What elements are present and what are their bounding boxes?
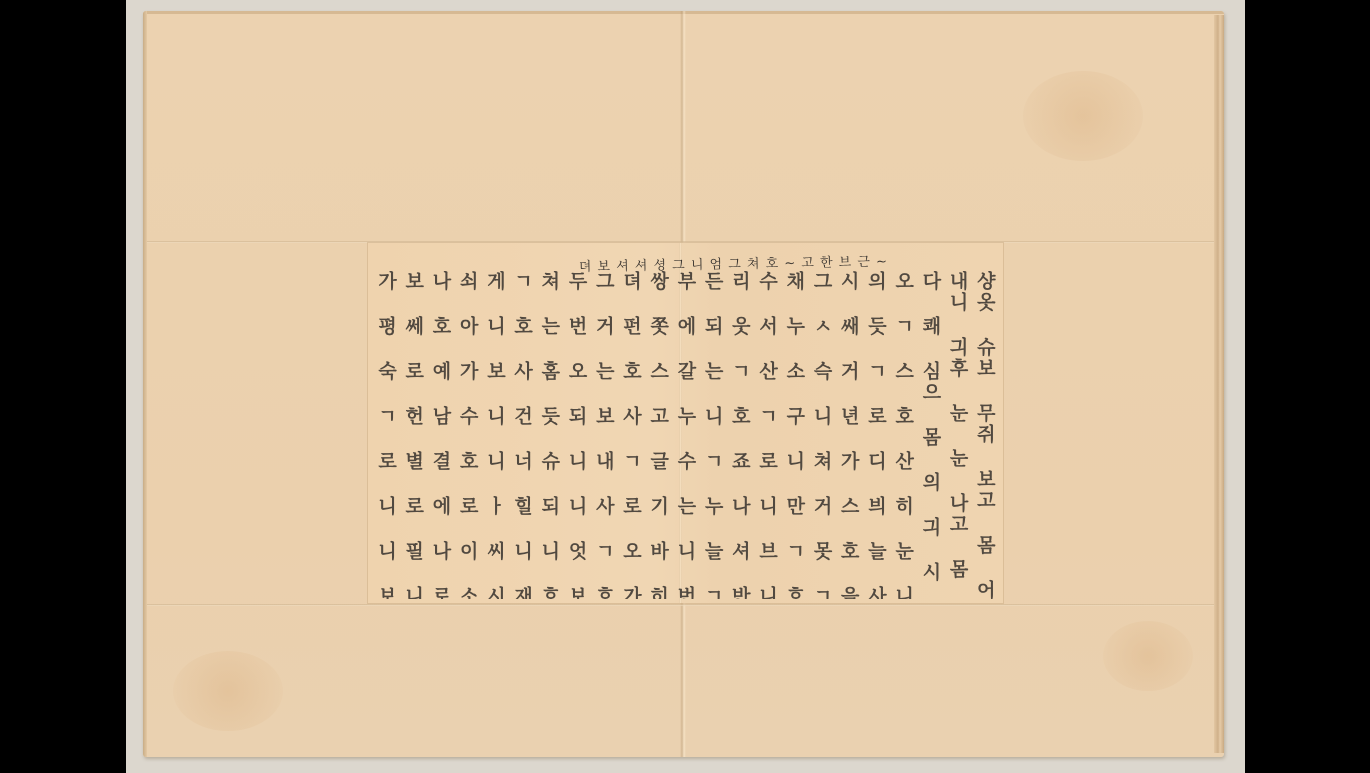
letter-column-4: 오 ㄱ 스 호 산 히 눈 니 님 숨 보 숫 — [891, 271, 915, 599]
letter-column-3: 다 쾌 심으 몸 의 긔 시 심 뵌 쾌 울 — [918, 271, 942, 599]
paper-stain — [173, 651, 283, 731]
letter-column-7: 그 ㅅ 슥 니 쳐 거 못 ㄱ 로 보 누 거 진 브 — [810, 271, 834, 599]
letter-column-20: 쇠 아 가 수 호 로 이 소 기 서 심 니 쳐 — [456, 271, 480, 599]
lower-fold-line — [147, 604, 1214, 606]
letter-column-21: 나 호 예 남 결 에 나 로 쇼 시 수 흔 — [428, 271, 452, 599]
album-left-edge — [143, 11, 147, 757]
letter-column-11: 든 되 는 니 ㄱ 누 늘 ㄱ 로 니 호 사 — [701, 271, 725, 599]
letter-column-12: 부 에 갈 누 수 는 니 번 의 보 히 — [673, 271, 697, 599]
letter-column-8: 채 누 소 구 니 만 ㄱ 호 로 쇼 나 미 식 — [782, 271, 806, 599]
paper-stain — [1103, 621, 1193, 691]
letter-column-6: 시 쌔 거 년 가 스 호 을 시 수 산 호 되 — [837, 271, 861, 599]
paper-stain — [1023, 71, 1143, 161]
letter-column-17: 쳐 는 홈 듯 슈 되 니 호 가 리 — [537, 271, 561, 599]
letter-columns: 샹옷 슈보 무쥐 보고 몸 어러 내니 긔후 눈 눈 나고 몸 되 잇느 다 쾌… — [374, 271, 997, 599]
letter-column-10: 리 웃 ㄱ 호 죠 나 셔 반 집 드 모 리 — [728, 271, 752, 599]
letter-column-5: 의 듯 ㄱ 로 디 븨 늘 사 시 보 이 셰 — [864, 271, 888, 599]
letter-column-19: 게 니 보 니 니 ㅏ 씨 시 므 며 즈 수 니 로 — [483, 271, 507, 599]
letter-column-22: 보 쎄 로 헌 별 로 필 니 니 ㄱ 호 신 — [401, 271, 425, 599]
letter-column-14: 뎌 펀 호 사 ㄱ 로 오 가 해 쳐 븐 — [619, 271, 643, 599]
letter-column-16: 두 번 오 되 니 니 엇 보 고 니 이 가 — [565, 271, 589, 599]
letter-column-23: 가 평 숙 ㄱ 로 니 니 보 밤 님 리 문 잔 — [374, 271, 398, 599]
letter-column-1: 샹옷 슈보 무쥐 보고 몸 어러 — [973, 271, 997, 599]
letter-column-9: 수 서 산 ㄱ 로 니 브 니 건 디 보 앗 — [755, 271, 779, 599]
letter-column-2: 내니 긔후 눈 눈 나고 몸 되 잇느 — [946, 271, 970, 599]
album-page-stack-edge — [1214, 15, 1224, 753]
letter-column-18: ㄱ 호 사 건 너 힐 니 재 보 안 히 보 — [510, 271, 534, 599]
letter-column-13: 쌍 쫏 스 고 글 기 바 히 ㄱ 수 보 내 여 — [646, 271, 670, 599]
handwritten-letter: 뎌 보 셔 셔 셩 그 니 엄 그 쳐 호 ~ 고 한 브 근 ~ 샹옷 슈보 … — [368, 243, 1003, 603]
letter-column-15: 그 거 는 보 내 사 ㄱ 호 기 서 사 존 수 — [592, 271, 616, 599]
